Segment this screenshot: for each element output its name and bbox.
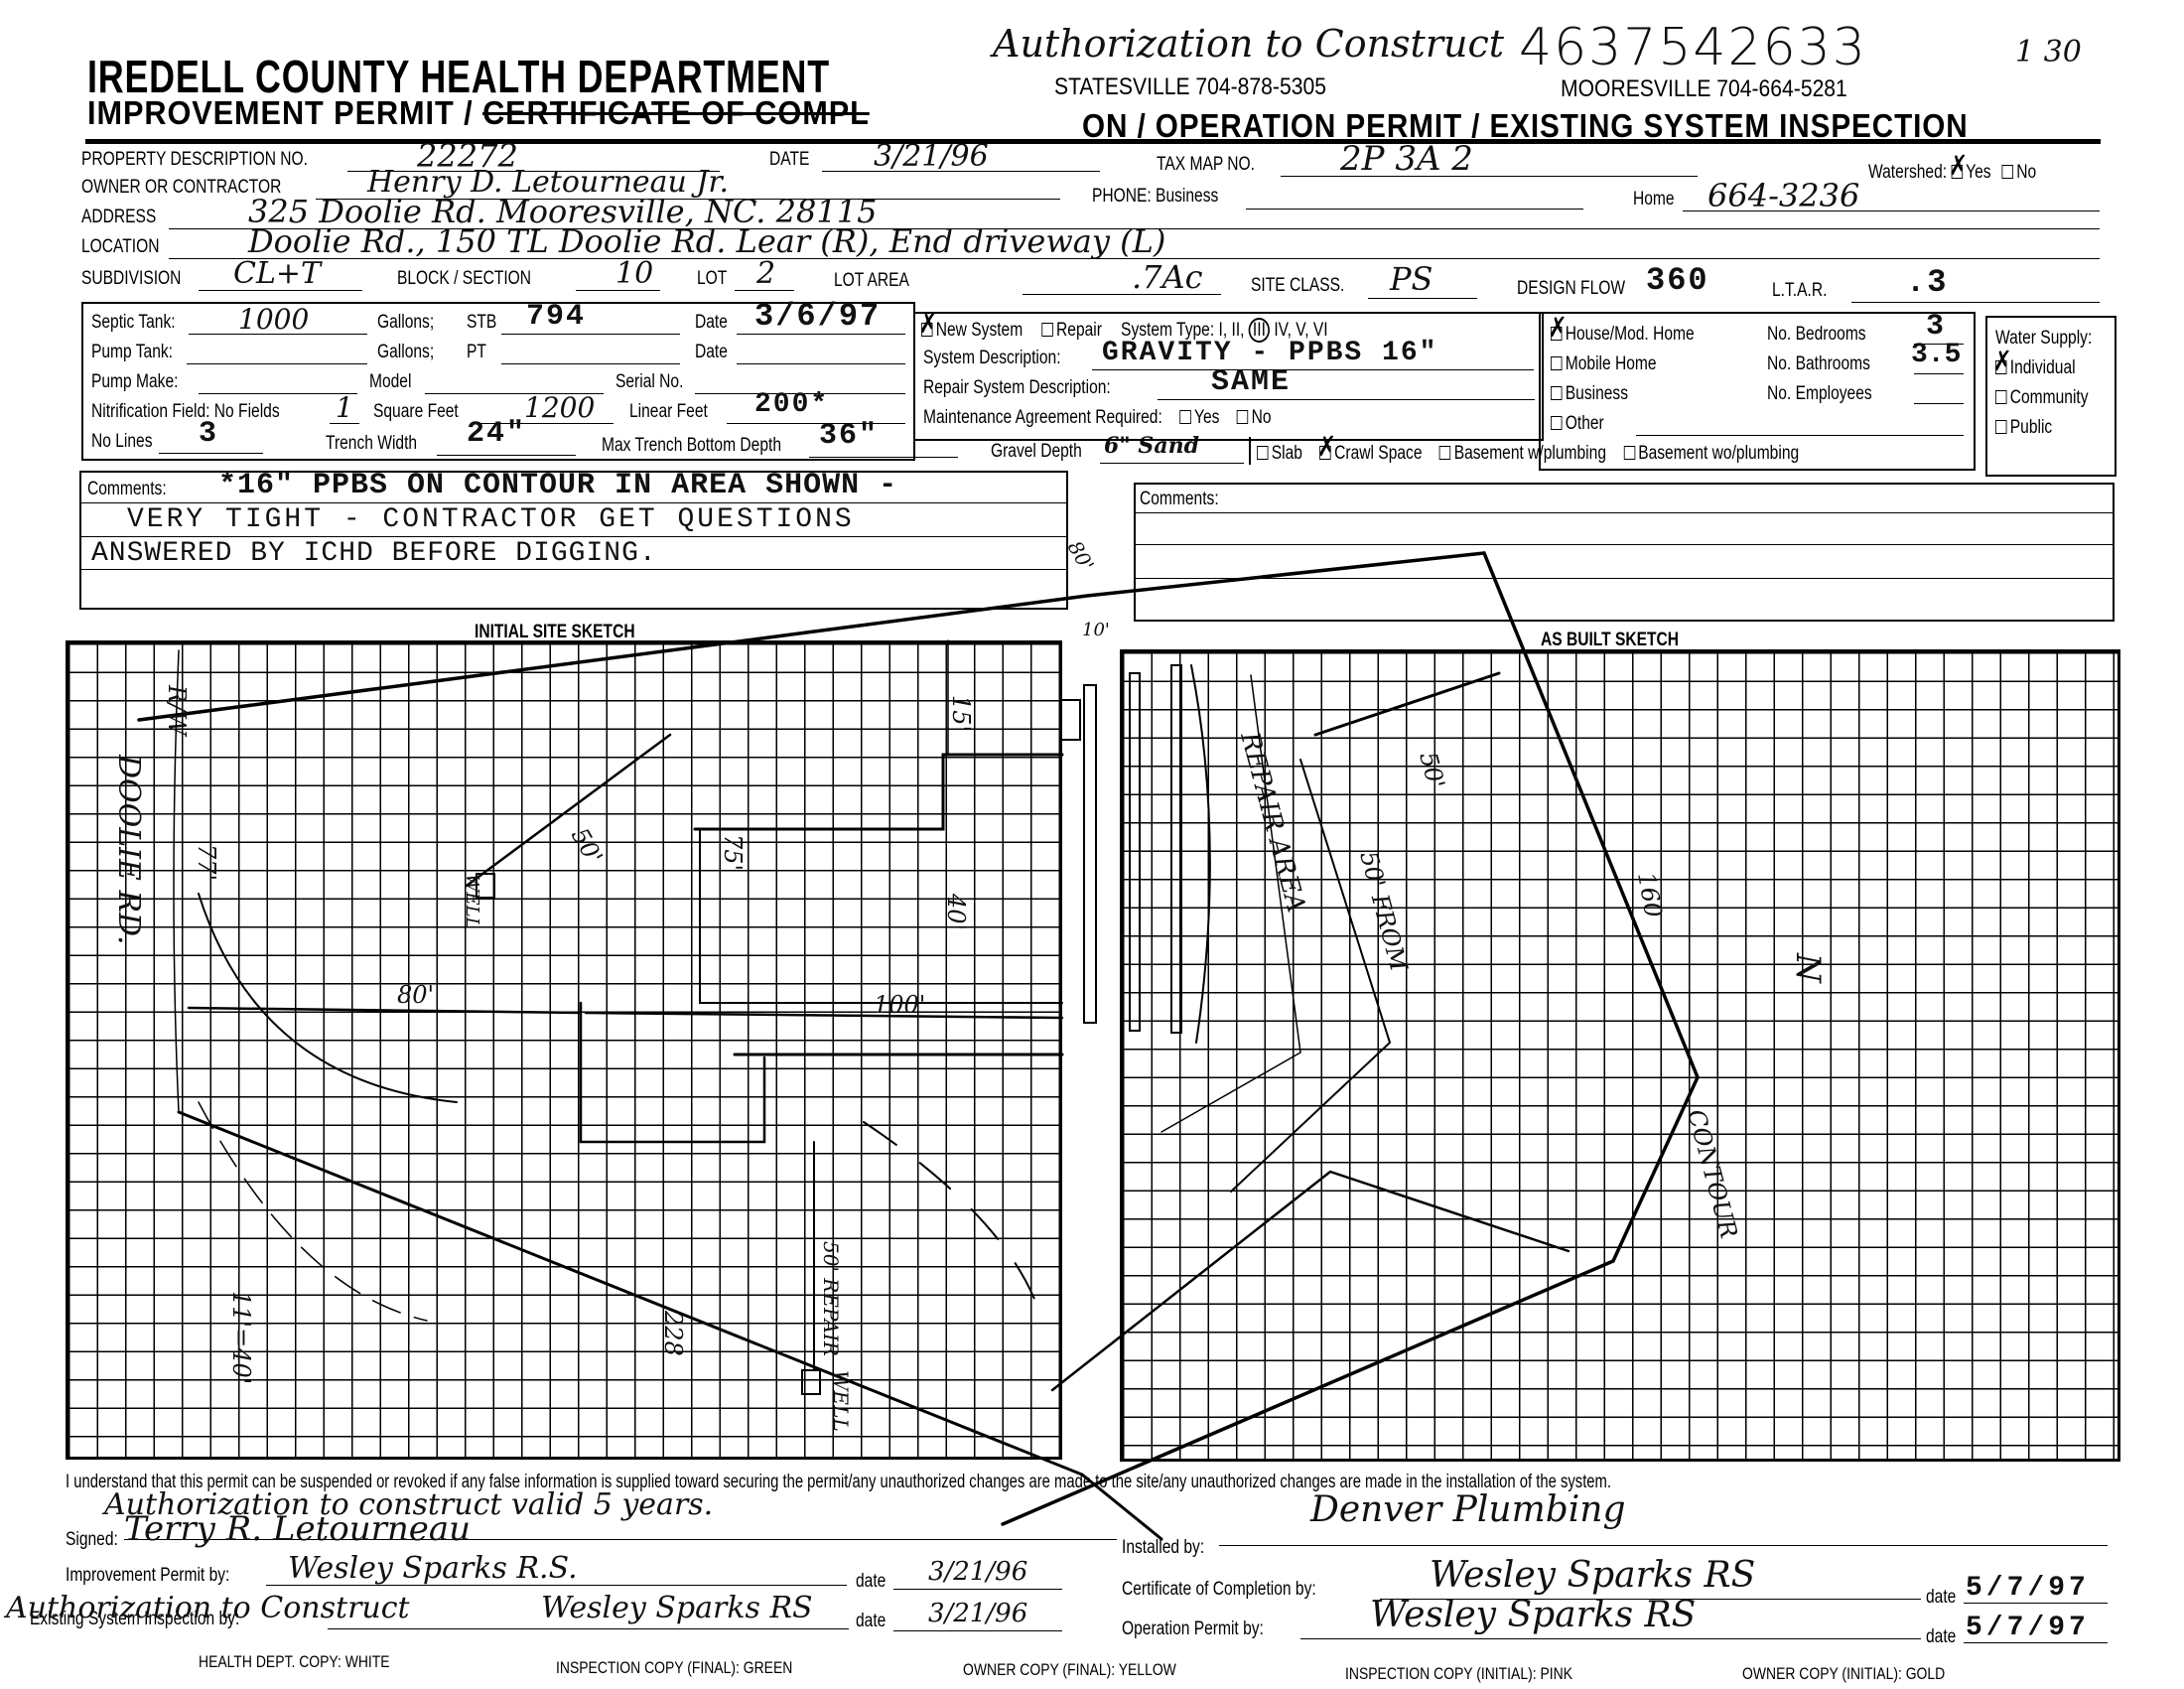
pump-make-label: Pump Make: <box>91 371 178 393</box>
facility-mobile: Mobile Home <box>1551 353 1657 375</box>
signed-label: Signed: <box>66 1529 118 1551</box>
community-label: Community <box>2010 387 2089 408</box>
linear-feet-value[interactable]: 200* <box>754 389 829 420</box>
no-fields-value[interactable]: 1 <box>336 391 353 424</box>
watershed-yes-label: Yes <box>1966 162 1990 183</box>
design-flow-label: DESIGN FLOW <box>1517 278 1625 300</box>
improvement-date-value[interactable]: 3/21/96 <box>928 1557 1027 1587</box>
max-depth-label: Max Trench Bottom Depth <box>602 435 781 457</box>
watershed-label: Watershed: <box>1868 162 1947 183</box>
other-checkbox[interactable] <box>1551 416 1562 430</box>
comments-right-label: Comments: <box>1140 489 1219 510</box>
date2-label: Date <box>695 342 728 363</box>
tax-map-label: TAX MAP NO. <box>1157 154 1255 176</box>
permit-types-title: IMPROVEMENT PERMIT / CERTIFICATE OF COMP… <box>87 94 870 132</box>
operation-permit-label: Operation Permit by: <box>1122 1619 1264 1640</box>
facility-house: House/Mod. Home <box>1551 324 1695 346</box>
trench-width-value[interactable]: 24" <box>467 417 526 451</box>
watershed-yes-checkbox[interactable] <box>1951 165 1962 179</box>
business-label: Business <box>1566 383 1628 404</box>
facility-business: Business <box>1551 383 1628 405</box>
installed-by-value[interactable]: Denver Plumbing <box>1310 1489 1626 1530</box>
watershed-field: Watershed: Yes No <box>1868 162 2036 184</box>
repair-description-label: Repair System Description: <box>923 377 1111 399</box>
pt-label: PT <box>467 342 486 363</box>
public-label: Public <box>2010 417 2052 438</box>
repair-checkbox[interactable] <box>1041 323 1052 337</box>
pump-tank-label: Pump Tank: <box>91 342 173 363</box>
date1-label: Date <box>695 312 728 334</box>
site-class-label: SITE CLASS. <box>1251 275 1344 297</box>
comment-line-3[interactable]: ANSWERED BY ICHD BEFORE DIGGING. <box>91 538 657 569</box>
phone-home-label: Home <box>1633 189 1675 211</box>
copy-owner-final: OWNER COPY (FINAL): YELLOW <box>963 1660 1176 1680</box>
new-system-label: New System <box>936 320 1023 341</box>
signed-value[interactable]: Terry R. Letourneau <box>124 1509 471 1549</box>
maintenance-row: Maintenance Agreement Required: Yes No <box>923 407 1272 429</box>
improvement-permit-label: Improvement Permit by: <box>66 1565 229 1587</box>
lot-area-label: LOT AREA <box>834 270 909 292</box>
office-statesville: STATESVILLE 704-878-5305 <box>1054 73 1326 101</box>
site-class-value[interactable]: PS <box>1390 260 1433 298</box>
ltar-value[interactable]: .3 <box>1906 264 1948 301</box>
square-feet-value[interactable]: 1200 <box>524 391 595 424</box>
date-value[interactable]: 3/21/96 <box>874 139 989 174</box>
repair-description-value[interactable]: SAME <box>1211 365 1291 399</box>
installed-by-label: Installed by: <box>1122 1537 1204 1559</box>
existing-date-value[interactable]: 3/21/96 <box>928 1599 1027 1628</box>
svg-text:10': 10' <box>1082 620 1110 640</box>
basement-plumbing-checkbox[interactable] <box>1439 446 1450 460</box>
house-label: House/Mod. Home <box>1566 324 1695 345</box>
copy-health-dept: HEALTH DEPT. COPY: WHITE <box>199 1652 390 1672</box>
lot-area-value[interactable]: .7Ac <box>1132 258 1203 296</box>
certificate-by-label: Certificate of Completion by: <box>1122 1579 1316 1601</box>
comments-left-label: Comments: <box>87 479 167 500</box>
as-built-sketch-grid[interactable] <box>1120 649 2120 1462</box>
septic-tank-value[interactable]: 1000 <box>238 303 309 336</box>
svg-text:80': 80' <box>1063 537 1099 576</box>
design-flow-value[interactable]: 360 <box>1646 262 1709 299</box>
lot-label: LOT <box>697 268 727 290</box>
comment-line-2[interactable]: VERY TIGHT - CONTRACTOR GET QUESTIONS <box>127 504 855 535</box>
copy-inspection-final: INSPECTION COPY (FINAL): GREEN <box>556 1658 792 1678</box>
system-description-value[interactable]: GRAVITY - PPBS 16" <box>1102 338 1437 368</box>
foundation-divider <box>1249 437 1251 465</box>
copy-owner-initial: OWNER COPY (INITIAL): GOLD <box>1742 1664 1945 1684</box>
maintenance-no-label: No <box>1252 407 1272 428</box>
block-section-value[interactable]: 10 <box>615 256 653 291</box>
existing-inspection-value[interactable]: Wesley Sparks RS <box>541 1591 813 1625</box>
improvement-date-label: date <box>856 1571 886 1593</box>
no-lines-value[interactable]: 3 <box>199 417 218 451</box>
comment-line-1[interactable]: *16" PPBS ON CONTOUR IN AREA SHOWN - <box>218 469 897 502</box>
watershed-no-checkbox[interactable] <box>2001 165 2012 179</box>
location-label: LOCATION <box>81 236 159 258</box>
facility-other: Other <box>1551 413 1604 435</box>
bedrooms-label: No. Bedrooms <box>1767 324 1866 346</box>
crawl-space-checkbox[interactable] <box>1319 446 1330 460</box>
subdivision-value[interactable]: CL+T <box>233 256 321 291</box>
operation-permit-value[interactable]: Wesley Sparks RS <box>1370 1595 1696 1635</box>
crawl-space-label: Crawl Space <box>1334 443 1422 464</box>
improvement-permit-value[interactable]: Wesley Sparks R.S. <box>288 1551 578 1586</box>
no-lines-label: No Lines <box>91 431 153 453</box>
existing-inspection-overwritten-note: Authorization to Construct <box>6 1591 410 1625</box>
operation-date-value[interactable]: 5/7/97 <box>1966 1613 2090 1643</box>
model-label: Model <box>369 371 411 393</box>
house-checkbox[interactable] <box>1551 327 1562 341</box>
address-label: ADDRESS <box>81 207 156 228</box>
existing-date-label: date <box>856 1611 886 1632</box>
certificate-date-label: date <box>1926 1587 1956 1609</box>
maintenance-yes-label: Yes <box>1194 407 1219 428</box>
water-community: Community <box>1995 387 2089 409</box>
maintenance-label: Maintenance Agreement Required: <box>923 407 1162 428</box>
serial-no-label: Serial No. <box>615 371 683 393</box>
bathrooms-value[interactable]: 3.5 <box>1911 340 1961 370</box>
square-feet-label: Square Feet <box>373 401 459 423</box>
no-fields-label: Nitrification Field: No Fields <box>91 401 280 423</box>
repair-label: Repair <box>1056 320 1102 341</box>
individual-label: Individual <box>2010 357 2076 378</box>
bathrooms-label: No. Bathrooms <box>1767 353 1870 375</box>
copy-inspection-initial: INSPECTION COPY (INITIAL): PINK <box>1345 1664 1572 1684</box>
individual-checkbox[interactable] <box>1995 360 2006 374</box>
business-checkbox[interactable] <box>1551 386 1562 400</box>
certificate-date-value[interactable]: 5/7/97 <box>1966 1573 2090 1604</box>
stb-label: STB <box>467 312 496 334</box>
water-public: Public <box>1995 417 2052 439</box>
slab-label: Slab <box>1272 443 1302 464</box>
new-system-checkbox[interactable] <box>921 323 932 337</box>
operation-date-label: date <box>1926 1626 1956 1648</box>
block-section-label: BLOCK / SECTION <box>397 268 531 290</box>
subdivision-label: SUBDIVISION <box>81 268 181 290</box>
phone-business-label: PHONE: Business <box>1092 186 1218 208</box>
handwritten-top-note: Authorization to Construct <box>993 22 1504 66</box>
maintenance-yes-checkbox[interactable] <box>1179 410 1190 424</box>
mobile-home-checkbox[interactable] <box>1551 356 1562 370</box>
location-value[interactable]: Doolie Rd., 150 TL Doolie Rd. Lear (R), … <box>248 222 1165 260</box>
trench-width-label: Trench Width <box>326 433 417 455</box>
tax-map-value[interactable]: 2P 3A 2 <box>1340 139 1473 179</box>
permit-certificate-struck: CERTIFICATE OF COMPL <box>482 94 870 131</box>
other-label: Other <box>1566 413 1604 434</box>
phone-home-value[interactable]: 664-3236 <box>1707 177 1859 214</box>
max-depth-value[interactable]: 36" <box>819 419 879 453</box>
slab-checkbox[interactable] <box>1257 446 1268 460</box>
maintenance-no-checkbox[interactable] <box>1237 410 1248 424</box>
date1-value[interactable]: 3/6/97 <box>754 298 881 335</box>
handwritten-fee: 1 30 <box>2015 35 2082 70</box>
ltar-label: L.T.A.R. <box>1772 280 1827 302</box>
comments-right-box <box>1134 483 2115 622</box>
gallons-label-2: Gallons; <box>377 342 434 363</box>
date-label: DATE <box>769 149 809 171</box>
permit-improvement: IMPROVEMENT PERMIT / <box>87 94 474 131</box>
header-rule <box>85 139 2101 144</box>
watershed-no-label: No <box>2016 162 2036 183</box>
septic-tank-label: Septic Tank: <box>91 312 176 334</box>
water-individual: Individual <box>1995 357 2076 379</box>
system-description-label: System Description: <box>923 348 1061 369</box>
employees-label: No. Employees <box>1767 383 1872 405</box>
public-checkbox[interactable] <box>1995 420 2006 434</box>
certificate-by-value[interactable]: Wesley Sparks RS <box>1430 1555 1755 1596</box>
linear-feet-label: Linear Feet <box>629 401 708 423</box>
gallons-label-1: Gallons; <box>377 312 434 334</box>
as-built-sketch-title: AS BUILT SKETCH <box>1541 630 1679 651</box>
bedrooms-value[interactable]: 3 <box>1926 310 1946 344</box>
property-description-label: PROPERTY DESCRIPTION NO. <box>81 149 308 171</box>
stb-value[interactable]: 794 <box>526 300 586 334</box>
mobile-home-label: Mobile Home <box>1566 353 1657 374</box>
office-mooresville: MOORESVILLE 704-664-5281 <box>1561 75 1847 103</box>
lot-value[interactable]: 2 <box>756 256 775 291</box>
handwritten-top-number: 4637542633 <box>1519 18 1867 77</box>
gravel-depth-label: Gravel Depth <box>991 441 1082 463</box>
community-checkbox[interactable] <box>1995 390 2006 404</box>
initial-site-sketch-grid[interactable] <box>66 640 1062 1460</box>
